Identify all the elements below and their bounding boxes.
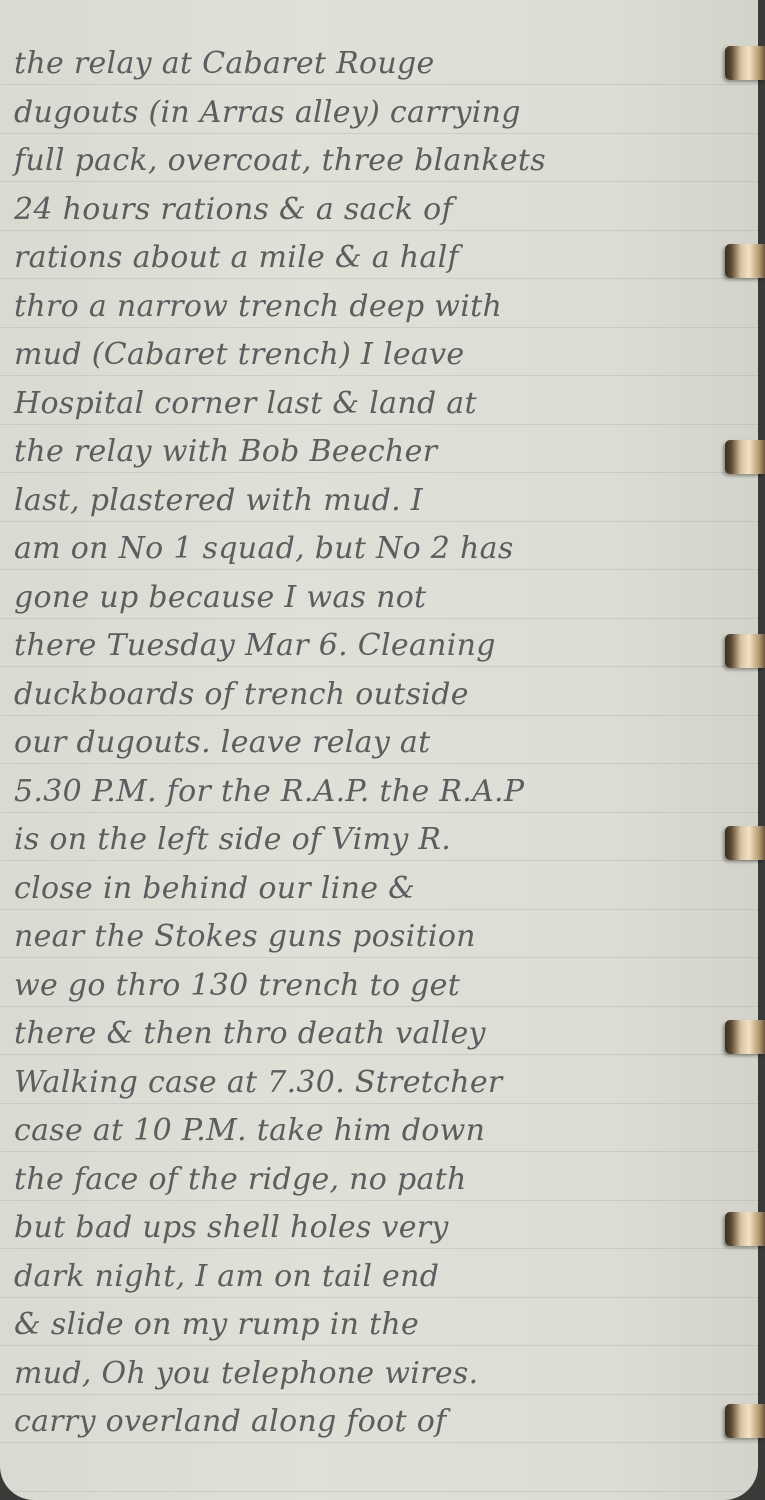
spiral-ring — [725, 244, 765, 278]
text-line: duckboards of trench outside — [14, 671, 718, 720]
text-line: we go thro 130 trench to get — [14, 962, 718, 1011]
text-line: near the Stokes guns position — [14, 913, 718, 962]
spiral-ring — [725, 46, 765, 80]
handwritten-text: the relay at Cabaret Rouge dugouts (in A… — [14, 40, 718, 1447]
text-line: mud (Cabaret trench) I leave — [14, 331, 718, 380]
text-line: am on No 1 squad, but No 2 has — [14, 525, 718, 574]
text-line: & slide on my rump in the — [14, 1301, 718, 1350]
text-line: our dugouts. leave relay at — [14, 719, 718, 768]
spiral-ring — [725, 440, 765, 474]
text-line: dugouts (in Arras alley) carrying — [14, 89, 718, 138]
text-line: is on the left side of Vimy R. — [14, 816, 718, 865]
text-line: close in behind our line & — [14, 865, 718, 914]
text-line: gone up because I was not — [14, 574, 718, 623]
text-line: dark night, I am on tail end — [14, 1253, 718, 1302]
text-line: full pack, overcoat, three blankets — [14, 137, 718, 186]
spiral-ring — [725, 1404, 765, 1438]
text-line: 24 hours rations & a sack of — [14, 186, 718, 235]
spiral-ring — [725, 634, 765, 668]
text-line: but bad ups shell holes very — [14, 1204, 718, 1253]
text-line: mud, Oh you telephone wires. — [14, 1350, 718, 1399]
spiral-ring — [725, 1020, 765, 1054]
text-line: the relay at Cabaret Rouge — [14, 40, 718, 89]
text-line: there Tuesday Mar 6. Cleaning — [14, 622, 718, 671]
text-line: rations about a mile & a half — [14, 234, 718, 283]
text-line: the face of the ridge, no path — [14, 1156, 718, 1205]
text-line: Hospital corner last & land at — [14, 380, 718, 429]
text-line: last, plastered with mud. I — [14, 477, 718, 526]
text-line: thro a narrow trench deep with — [14, 283, 718, 332]
text-line: the relay with Bob Beecher — [14, 428, 718, 477]
text-line: carry overland along foot of — [14, 1398, 718, 1447]
text-line: case at 10 P.M. take him down — [14, 1107, 718, 1156]
text-line: 5.30 P.M. for the R.A.P. the R.A.P — [14, 768, 718, 817]
ruled-line — [0, 1491, 758, 1492]
text-line: Walking case at 7.30. Stretcher — [14, 1059, 718, 1108]
spiral-ring — [725, 826, 765, 860]
spiral-ring — [725, 1212, 765, 1246]
text-line: there & then thro death valley — [14, 1010, 718, 1059]
notebook-page: the relay at Cabaret Rouge dugouts (in A… — [0, 0, 758, 1500]
